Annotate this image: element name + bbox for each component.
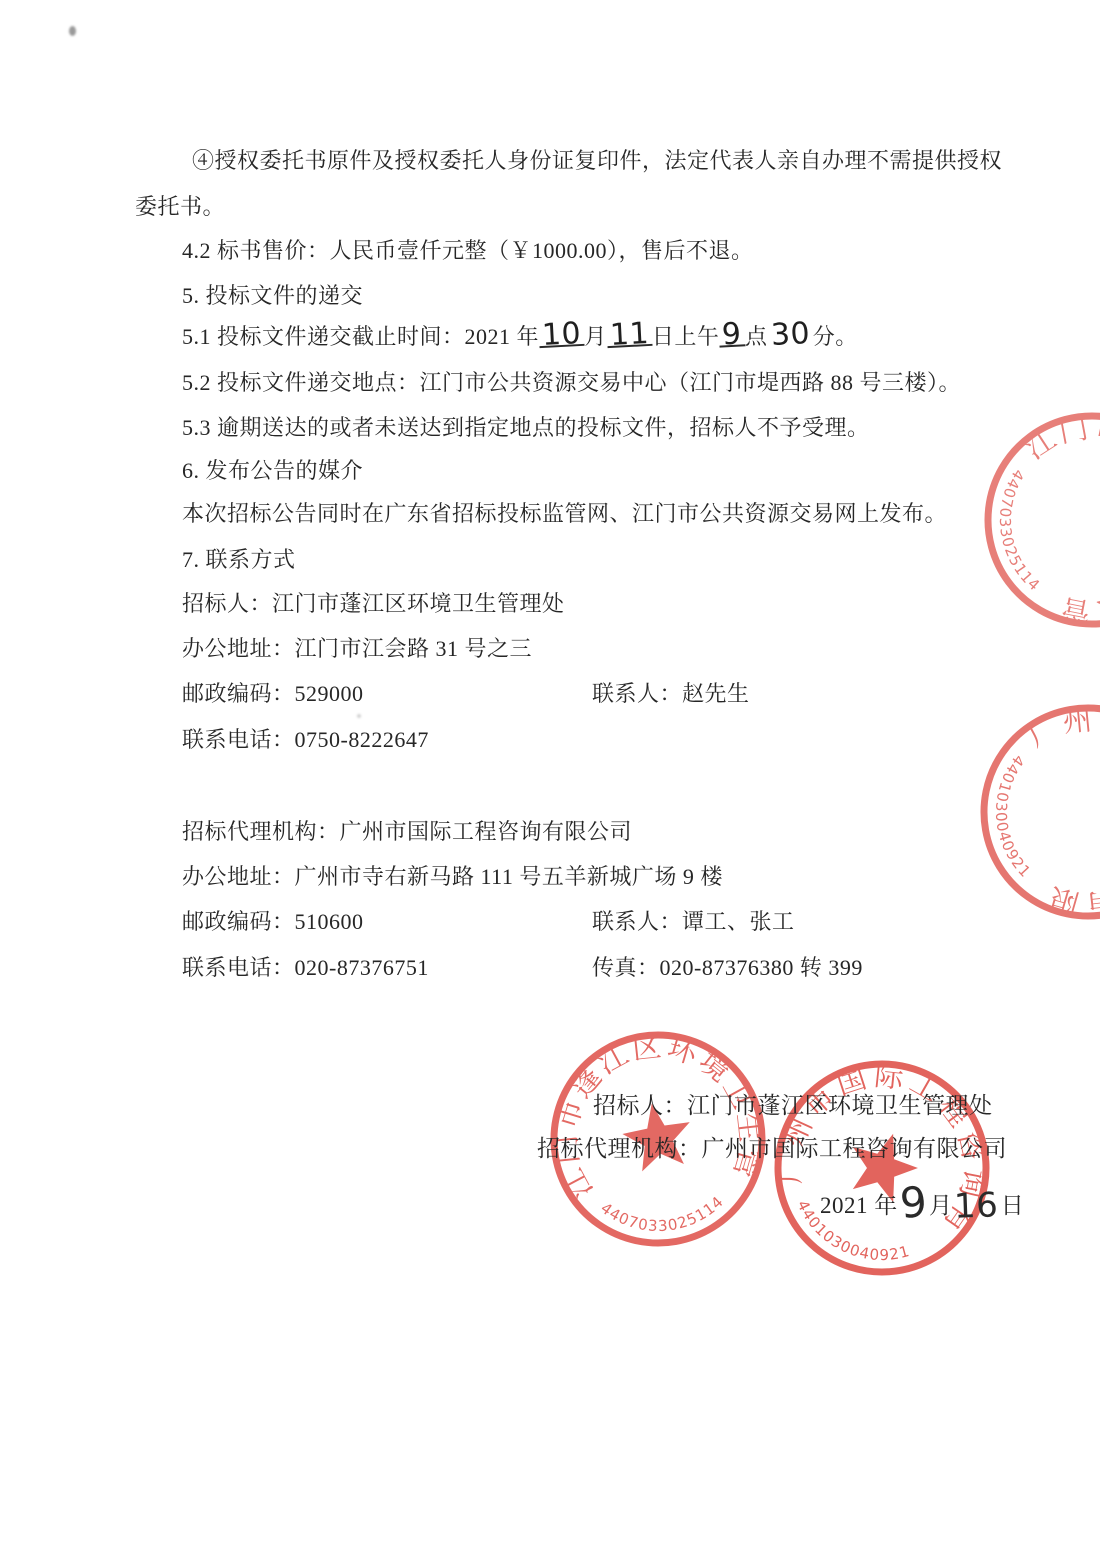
handwritten-month: 10 [538,324,584,348]
handwritten-hour: 9 [719,324,746,347]
item-5-1-deadline: 5.1 投标文件递交截止时间：2021 年10月11日上午9点30分。 [135,322,1052,352]
seal-graphic: 广州市国际工程咨询有限公司 4401030040921 [737,1023,1027,1313]
scan-smudge [69,26,76,36]
item-5-2-location: 5.2 投标文件递交地点：江门市公共资源交易中心（江门市堤西路 88 号三楼）。 [135,368,1052,398]
signature-date-line: 2021 年9月16日 [820,1174,1024,1223]
item-7-heading: 7. 联系方式 [135,545,1052,575]
deadline-printed-suffix: 分。 [813,324,858,349]
signature-tenderer-line: 招标人：江门市蓬江区环境卫生管理处 [593,1087,993,1120]
deadline-printed-mid: 日上午 [652,324,720,349]
date-printed-month-unit: 月 [929,1193,953,1218]
document-page: ④授权委托书原件及授权委托人身份证复印件，法定代表人亲自办理不需提供授权 委托书… [0,0,1100,1555]
partial-agency-seal-stamp: 广州市国际工程咨询有限公司 4401030040921 [955,679,1100,945]
deadline-printed-prefix: 5.1 投标文件递交截止时间：2021 年 [182,324,539,349]
para-authorization-line1: ④授权委托书原件及授权委托人身份证复印件，法定代表人亲自办理不需提供授权 [135,146,1062,176]
agency-postcode: 邮政编码：510600 [182,909,364,934]
handwritten-minute: 30 [767,324,813,346]
deadline-printed-month-unit: 月 [584,324,607,349]
agency-phone: 联系电话：020-87376751 [182,955,429,980]
deadline-printed-dot: 点 [745,324,768,349]
agency-fax: 传真：020-87376380 转 399 [592,953,863,983]
handwritten-date-month: 9 [896,1177,931,1229]
tenderer-contact: 联系人：赵先生 [592,679,750,709]
tenderer-postcode-row: 邮政编码：529000 联系人：赵先生 [135,679,1052,709]
agency-phone-row: 联系电话：020-87376751 传真：020-87376380 转 399 [135,953,1052,983]
item-5-3-late: 5.3 逾期送达的或者未送达到指定地点的投标文件，招标人不予受理。 [135,413,1052,443]
handwritten-date-day: 16 [952,1185,1002,1227]
item-5-heading: 5. 投标文件的递交 [135,281,1052,311]
tenderer-address: 办公地址：江门市江会路 31 号之三 [135,634,1052,664]
agency-contact: 联系人：谭工、张工 [592,907,795,937]
seal-graphic: 广州市国际工程咨询有限公司 4401030040921 [955,679,1100,945]
agency-address: 办公地址：广州市寺右新马路 111 号五羊新城广场 9 楼 [135,862,1052,892]
date-printed-day-unit: 日 [1001,1193,1025,1218]
agency-name: 招标代理机构：广州市国际工程咨询有限公司 [135,817,1052,847]
tenderer-postcode: 邮政编码：529000 [182,681,364,706]
signature-agency-line: 招标代理机构：广州市国际工程咨询有限公司 [537,1130,1007,1163]
item-6-heading: 6. 发布公告的媒介 [135,456,1052,486]
item-6-body: 本次招标公告同时在广东省招标投标监管网、江门市公共资源交易网上发布。 [135,499,1052,529]
item-4-2-price: 4.2 标书售价：人民币壹仟元整（￥1000.00），售后不退。 [135,236,1052,266]
handwritten-day: 11 [606,324,652,348]
tenderer-name: 招标人：江门市蓬江区环境卫生管理处 [135,589,1052,619]
tenderer-phone: 联系电话：0750-8222647 [135,725,1052,755]
para-authorization-line2: 委托书。 [135,192,1005,222]
date-printed-year: 2021 年 [820,1193,898,1218]
scan-smudge [357,714,361,718]
agency-postcode-row: 邮政编码：510600 联系人：谭工、张工 [135,907,1052,937]
agency-seal-stamp: 广州市国际工程咨询有限公司 4401030040921 [737,1023,1027,1313]
